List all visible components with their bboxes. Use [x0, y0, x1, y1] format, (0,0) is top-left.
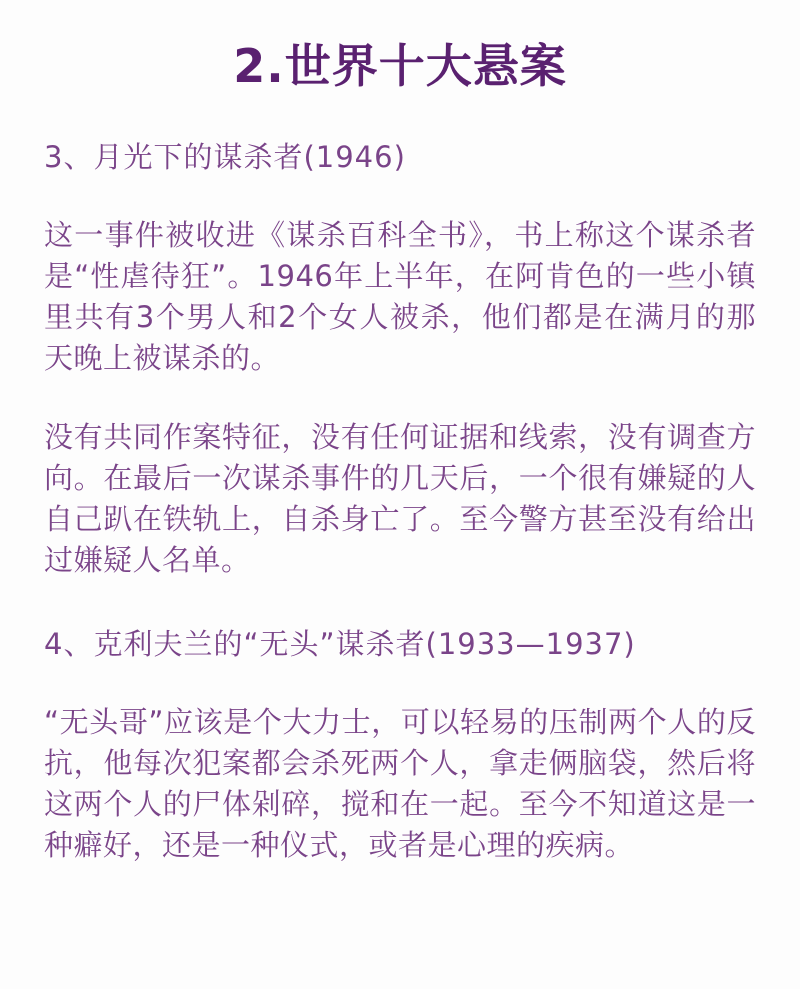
section-heading-3: 3、月光下的谋杀者(1946) [44, 137, 756, 178]
section-heading-4: 4、克利夫兰的“无头”谋杀者(1933—1937) [44, 624, 756, 665]
page-title: 2.世界十大悬案 [44, 38, 756, 94]
document-page: 2.世界十大悬案 3、月光下的谋杀者(1946) 这一事件被收进《谋杀百科全书》… [0, 0, 800, 989]
paragraph: 没有共同作案特征，没有任何证据和线索，没有调查方向。在最后一次谋杀事件的几天后，… [44, 417, 756, 581]
paragraph: 这一事件被收进《谋杀百科全书》，书上称这个谋杀者是“性虐待狂”。1946年上半年… [44, 215, 756, 379]
document-body: 3、月光下的谋杀者(1946) 这一事件被收进《谋杀百科全书》，书上称这个谋杀者… [44, 137, 756, 866]
paragraph: “无头哥”应该是个大力士，可以轻易的压制两个人的反抗，他每次犯案都会杀死两个人，… [44, 702, 756, 866]
